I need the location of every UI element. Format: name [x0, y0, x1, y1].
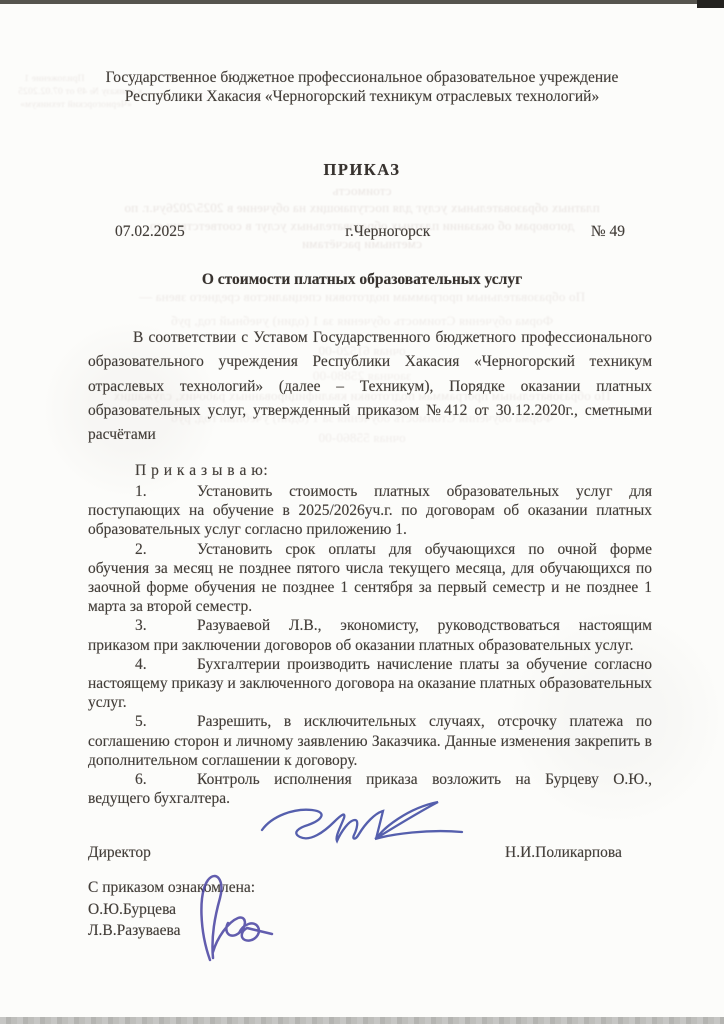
document-date: 07.02.2025 — [115, 222, 185, 242]
organization-name-line2: Республики Хакасия «Черногорский технику… — [30, 87, 694, 106]
order-word: П р и к а з ы в а ю: — [88, 461, 652, 481]
document-city: г.Черногорск — [345, 222, 430, 242]
order-item-number: 2. — [135, 540, 197, 559]
order-item-number: 5. — [135, 712, 197, 731]
bleedthrough-line: стоимость — [0, 183, 724, 199]
document-type-title: ПРИКАЗ — [0, 160, 724, 180]
order-item-number: 6. — [135, 770, 197, 789]
acknowledgement-name-razuvaeva: Л.В.Разуваева — [88, 921, 181, 941]
signer-name: Н.И.Поликарпова — [505, 843, 622, 863]
order-item-number: 1. — [135, 482, 197, 501]
acknowledgement-label: С приказом ознакомлена: — [88, 878, 255, 898]
organization-name-line1: Государственное бюджетное профессиональн… — [30, 68, 694, 87]
document-subject: О стоимости платных образовательных услу… — [0, 270, 724, 290]
document-number: № 49 — [591, 222, 625, 242]
scan-edge-top-right — [697, 0, 724, 8]
scanned-order-document: Приложение 1 к приказу № 49 от 07.02.202… — [0, 0, 724, 1024]
acknowledgement-name-burtseva: О.Ю.Бурцева — [88, 900, 176, 920]
bleedthrough-line: По образовательным программам подготовки… — [0, 289, 724, 305]
order-item-4: 4.Бухгалтерии производить начисление пла… — [88, 655, 652, 713]
organization-header: Государственное бюджетное профессиональн… — [30, 68, 694, 106]
order-item-6: 6.Контроль исполнения приказа возложить … — [88, 770, 652, 808]
scan-edge-bottom — [0, 1017, 724, 1024]
order-item-2: 2.Установить срок оплаты для обучающихся… — [88, 540, 652, 617]
order-item-1: 1.Установить стоимость платных образоват… — [88, 482, 652, 540]
order-item-3: 3.Разуваевой Л.В., экономисту, руководст… — [88, 616, 652, 654]
order-item-number: 4. — [135, 655, 197, 674]
order-item-5: 5.Разрешить, в исключительных случаях, о… — [88, 712, 652, 770]
document-meta-line: 07.02.2025 г.Черногорск № 49 — [88, 222, 652, 242]
bleedthrough-line: платных образовательных услуг для поступ… — [0, 200, 724, 216]
order-item-number: 3. — [135, 616, 197, 635]
preamble-paragraph: В соответствии с Уставом Государственног… — [88, 326, 652, 447]
signer-role: Директор — [88, 843, 151, 863]
order-items: 1.Установить стоимость платных образоват… — [88, 482, 652, 808]
scan-edge-top — [0, 0, 700, 4]
